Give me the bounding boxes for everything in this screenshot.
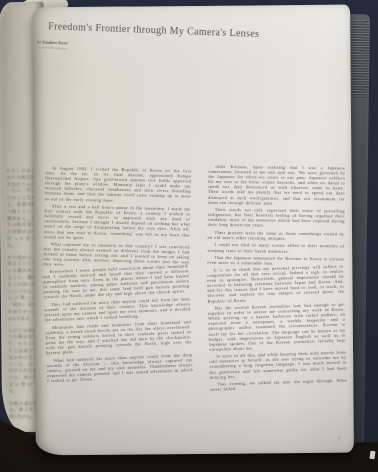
article-columns: In August 1982, I visited the Republic o… [45, 163, 349, 396]
paragraph: They had suffered far more than anyone c… [44, 296, 191, 322]
column-left: In August 1982, I visited the Republic o… [45, 164, 193, 396]
paragraph: older Koreans, upon realizing that I was… [208, 164, 345, 206]
paragraph: It is so to thank that my personal privi… [207, 263, 345, 303]
column-right: older Koreans, upon realizing that I was… [208, 163, 347, 395]
book-page: Freedom's Frontier through My Camera's L… [32, 5, 354, 456]
column-right-top: older Koreans, upon realizing that I was… [207, 164, 345, 267]
column-left-bottom: Everywhere I went, people held convictio… [43, 263, 194, 383]
paragraph: その時から、消えていくものを確かめるように、幾度もこの国へ通いつづけた。心に残っ… [7, 254, 37, 322]
column-right-bottom: It is so to thank that my personal privi… [207, 263, 348, 392]
paragraph: Has the several Korean journalists lent … [208, 301, 346, 351]
paragraph: What had suffered far more than anyone c… [46, 352, 193, 384]
byline-role: Freelance Photographer [37, 45, 67, 50]
article-byline: by Kimihiro Ikemi Freelance Photographer [37, 40, 68, 50]
paragraph: Their prayers were the same as those som… [207, 230, 344, 242]
paragraph: 分断の深い傷を、誰よりも負いながら。 [9, 400, 38, 421]
paragraph: That evening, we talked far into the nig… [210, 377, 347, 391]
paragraph: In August 1982, I visited the Republic o… [45, 165, 192, 204]
paragraph: I could not find so many scenes allied t… [207, 242, 344, 254]
paragraph: Everywhere I went, people held convictio… [43, 263, 190, 300]
paragraph: After a rest and a half hour's pause in … [44, 203, 191, 242]
paragraph: わたしがはじめて大韓民国を訪れたのは一九八二年八月のことである。金浦空港へ降りて… [6, 168, 36, 250]
page-number: 9 [338, 436, 340, 441]
column-left-top: In August 1982, I visited the Republic o… [43, 165, 191, 270]
article-title: Freedom's Frontier through My Camera's L… [48, 21, 260, 40]
paragraph: 人びとは祖国への確信を持ち、わたしたちとは違う空気の中に生きていた。北へ向けられ… [8, 327, 38, 395]
paragraph: Their words not only expressed their sen… [208, 207, 345, 229]
paragraph: Mountains had roads and memories from th… [45, 319, 192, 356]
book-photo: わたしがはじめて大韓民国を訪れたのは一九八二年八月のことである。金浦空港へ降りて… [0, 0, 378, 472]
paragraph: In spite of all this, and while keeping … [209, 349, 347, 379]
